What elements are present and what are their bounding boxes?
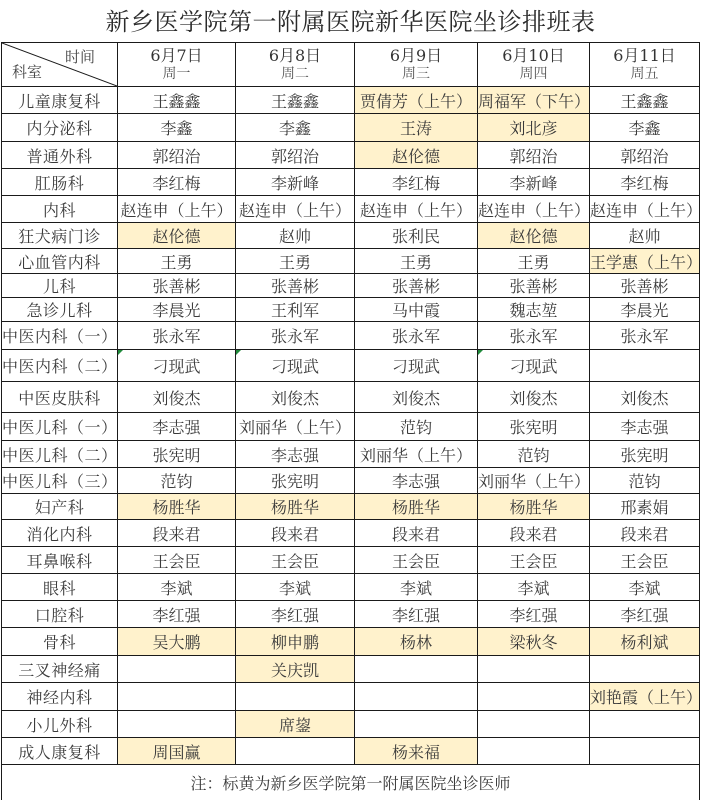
doctor-name: 李新峰: [271, 174, 319, 193]
doctor-name: 赵连申（上午）: [478, 201, 590, 220]
doctor-cell[interactable]: 李志强: [590, 413, 700, 441]
department-label: 普通外科: [2, 142, 118, 169]
doctor-cell[interactable]: 李鑫: [590, 114, 700, 142]
doctor-name: 张善彬: [271, 277, 319, 296]
doctor-name: 李志强: [620, 418, 668, 437]
doctor-name: 范钧: [400, 418, 432, 437]
doctor-cell[interactable]: 赵帅: [236, 223, 355, 249]
doctor-cell[interactable]: [118, 711, 236, 738]
doctor-name: 段来君: [509, 525, 557, 544]
doctor-name: 周福军（下午）: [478, 92, 590, 111]
doctor-name: 郭绍治: [620, 147, 668, 166]
table-row: 中医内科（一）张永军张永军张永军张永军张永军: [2, 322, 700, 350]
doctor-cell[interactable]: 刘丽华（上午）: [236, 413, 355, 441]
table-row: 成人康复科周国赢杨来福: [2, 738, 700, 765]
doctor-name: 张宪明: [509, 418, 557, 437]
doctor-cell[interactable]: [590, 656, 700, 683]
doctor-cell[interactable]: 魏志堃: [478, 298, 590, 322]
doctor-name: 刘俊杰: [509, 389, 557, 408]
doctor-name: 关庆凯: [271, 661, 319, 680]
doctor-cell[interactable]: 李红强: [118, 601, 236, 628]
doctor-name: 王鑫鑫: [271, 92, 319, 111]
doctor-name: 王勇: [160, 253, 192, 272]
doctor-name: 周国赢: [152, 743, 200, 762]
doctor-cell[interactable]: 刘俊杰: [590, 382, 700, 413]
doctor-name: 赵连申（上午）: [239, 201, 351, 220]
error-indicator-icon: [236, 350, 241, 355]
doctor-cell[interactable]: [478, 711, 590, 738]
schedule-table: 时间 科室 6月7日周一6月8日周二6月9日周三6月10日周四6月11日周五 儿…: [1, 42, 700, 800]
doctor-cell[interactable]: 范钧: [590, 468, 700, 494]
doctor-name: 赵连申（上午）: [590, 201, 700, 220]
doctor-name: 刁现武: [152, 357, 200, 376]
department-label: 中医内科（二）: [2, 350, 118, 382]
doctor-cell[interactable]: 王鑫鑫: [590, 87, 700, 114]
day-weekday: 周二: [236, 65, 354, 84]
doctor-cell[interactable]: 张利民: [355, 223, 478, 249]
doctor-cell[interactable]: 范钧: [118, 468, 236, 494]
doctor-cell[interactable]: 王利军: [236, 298, 355, 322]
doctor-name: 赵帅: [628, 227, 660, 246]
doctor-cell[interactable]: 张永军: [236, 322, 355, 350]
doctor-cell[interactable]: 李红梅: [355, 169, 478, 196]
doctor-name: 刘俊杰: [152, 389, 200, 408]
page-title: 新乡医学院第一附属医院新华医院坐诊排班表: [0, 0, 701, 42]
doctor-name: 段来君: [271, 525, 319, 544]
doctor-cell-highlighted[interactable]: 周国赢: [118, 738, 236, 765]
doctor-name: 王会臣: [152, 552, 200, 571]
doctor-cell[interactable]: [355, 656, 478, 683]
doctor-cell[interactable]: 李红强: [355, 601, 478, 628]
doctor-name: 王学惠（上午）: [590, 253, 700, 272]
doctor-name: 李鑫: [628, 119, 660, 138]
day-header-2: 6月8日周二: [236, 43, 355, 87]
day-weekday: 周一: [118, 65, 235, 84]
department-label: 中医儿科（三）: [2, 468, 118, 494]
doctor-cell[interactable]: 李斌: [355, 574, 478, 601]
day-date: 6月10日: [478, 46, 589, 65]
doctor-cell[interactable]: 张永军: [355, 322, 478, 350]
doctor-cell[interactable]: 张善彬: [236, 274, 355, 298]
table-row: 中医儿科（三）范钧张宪明李志强刘丽华（上午）范钧: [2, 468, 700, 494]
doctor-cell[interactable]: 赵连申（上午）: [236, 196, 355, 223]
doctor-name: 刁现武: [271, 357, 319, 376]
doctor-cell[interactable]: 李红强: [478, 601, 590, 628]
doctor-cell[interactable]: 张善彬: [355, 274, 478, 298]
doctor-cell[interactable]: 王会臣: [478, 547, 590, 574]
doctor-cell[interactable]: 张善彬: [118, 274, 236, 298]
doctor-cell[interactable]: 张永军: [590, 322, 700, 350]
doctor-name: 杨胜华: [509, 498, 557, 517]
doctor-cell[interactable]: 段来君: [236, 520, 355, 547]
doctor-name: 范钧: [517, 446, 549, 465]
doctor-name: 李斌: [400, 579, 432, 598]
doctor-name: 李斌: [160, 579, 192, 598]
doctor-cell-highlighted[interactable]: 杨胜华: [355, 494, 478, 520]
doctor-name: 郭绍治: [509, 147, 557, 166]
doctor-cell-highlighted[interactable]: 杨胜华: [478, 494, 590, 520]
doctor-cell[interactable]: 马中霞: [355, 298, 478, 322]
table-row: 普通外科郭绍治郭绍治赵伦德郭绍治郭绍治: [2, 142, 700, 169]
table-row: 中医皮肤科刘俊杰刘俊杰刘俊杰刘俊杰刘俊杰: [2, 382, 700, 413]
table-row: 肛肠科李红梅李新峰李红梅李新峰李红梅: [2, 169, 700, 196]
doctor-cell[interactable]: [118, 656, 236, 683]
header-row: 时间 科室 6月7日周一6月8日周二6月9日周三6月10日周四6月11日周五: [2, 43, 700, 87]
day-header-5: 6月11日周五: [590, 43, 700, 87]
doctor-cell-highlighted[interactable]: 席鋆: [236, 711, 355, 738]
doctor-cell[interactable]: 郭绍治: [478, 142, 590, 169]
doctor-name: 杨胜华: [392, 498, 440, 517]
doctor-cell[interactable]: 李斌: [118, 574, 236, 601]
doctor-cell[interactable]: 李志强: [236, 441, 355, 468]
table-row: 骨科吴大鹏柳申鹏杨林梁秋冬杨利斌: [2, 628, 700, 656]
doctor-name: 李斌: [279, 579, 311, 598]
doctor-cell[interactable]: 赵帅: [590, 223, 700, 249]
doctor-cell[interactable]: [355, 683, 478, 711]
doctor-name: 刁现武: [392, 357, 440, 376]
doctor-name: 李志强: [392, 472, 440, 491]
corner-label-department: 科室: [12, 61, 42, 82]
doctor-name: 刘俊杰: [271, 389, 319, 408]
department-label: 口腔科: [2, 601, 118, 628]
doctor-name: 张善彬: [392, 277, 440, 296]
doctor-name: 李鑫: [279, 119, 311, 138]
doctor-cell[interactable]: 张善彬: [590, 274, 700, 298]
doctor-name: 范钧: [628, 472, 660, 491]
doctor-cell[interactable]: 张善彬: [478, 274, 590, 298]
doctor-name: 杨胜华: [152, 498, 200, 517]
doctor-cell-highlighted[interactable]: 杨林: [355, 628, 478, 656]
doctor-name: 王勇: [279, 253, 311, 272]
doctor-name: 张永军: [271, 327, 319, 346]
doctor-cell-highlighted[interactable]: 关庆凯: [236, 656, 355, 683]
doctor-cell-highlighted[interactable]: 赵伦德: [118, 223, 236, 249]
doctor-cell[interactable]: 张宪明: [478, 413, 590, 441]
doctor-cell[interactable]: 李鑫: [236, 114, 355, 142]
doctor-name: 王鑫鑫: [620, 92, 668, 111]
doctor-name: 魏志堃: [509, 301, 557, 320]
doctor-name: 张宪明: [620, 446, 668, 465]
doctor-cell[interactable]: 刁现武: [478, 350, 590, 382]
department-label: 肛肠科: [2, 169, 118, 196]
table-row: 妇产科杨胜华杨胜华杨胜华杨胜华邢素娟: [2, 494, 700, 520]
doctor-name: 刘丽华（上午）: [478, 472, 590, 491]
doctor-name: 段来君: [620, 525, 668, 544]
doctor-cell[interactable]: 李红梅: [590, 169, 700, 196]
doctor-name: 刁现武: [509, 357, 557, 376]
doctor-name: 赵伦德: [509, 227, 557, 246]
department-label: 成人康复科: [2, 738, 118, 765]
department-label: 内科: [2, 196, 118, 223]
doctor-cell-highlighted[interactable]: 柳申鹏: [236, 628, 355, 656]
doctor-name: 王涛: [400, 119, 432, 138]
doctor-name: 王会臣: [271, 552, 319, 571]
doctor-cell[interactable]: 李斌: [590, 574, 700, 601]
day-header-3: 6月9日周三: [355, 43, 478, 87]
doctor-cell[interactable]: 刘俊杰: [236, 382, 355, 413]
doctor-name: 王利军: [271, 301, 319, 320]
doctor-cell[interactable]: 赵连申（上午）: [118, 196, 236, 223]
doctor-name: 李志强: [152, 418, 200, 437]
department-label: 儿童康复科: [2, 87, 118, 114]
doctor-cell[interactable]: 王勇: [478, 249, 590, 274]
doctor-name: 段来君: [152, 525, 200, 544]
table-row: 内科赵连申（上午）赵连申（上午）赵连申（上午）赵连申（上午）赵连申（上午）: [2, 196, 700, 223]
doctor-cell[interactable]: 李晨光: [590, 298, 700, 322]
doctor-cell[interactable]: 王鑫鑫: [236, 87, 355, 114]
doctor-cell[interactable]: 王会臣: [236, 547, 355, 574]
doctor-cell[interactable]: 李红强: [590, 601, 700, 628]
doctor-cell[interactable]: 李鑫: [118, 114, 236, 142]
doctor-cell[interactable]: 李红梅: [118, 169, 236, 196]
doctor-name: 张永军: [152, 327, 200, 346]
doctor-name: 赵伦德: [152, 227, 200, 246]
doctor-cell[interactable]: 刘丽华（上午）: [355, 441, 478, 468]
doctor-cell[interactable]: 郭绍治: [590, 142, 700, 169]
doctor-cell[interactable]: 郭绍治: [118, 142, 236, 169]
error-indicator-icon: [478, 350, 483, 355]
doctor-name: 李新峰: [509, 174, 557, 193]
table-row: 小儿外科席鋆: [2, 711, 700, 738]
doctor-cell[interactable]: [478, 683, 590, 711]
department-label: 耳鼻喉科: [2, 547, 118, 574]
department-label: 中医内科（一）: [2, 322, 118, 350]
doctor-name: 刘俊杰: [392, 389, 440, 408]
doctor-cell-highlighted[interactable]: 赵伦德: [355, 142, 478, 169]
doctor-cell[interactable]: 刘俊杰: [118, 382, 236, 413]
doctor-name: 杨胜华: [271, 498, 319, 517]
footnote: 注：标黄为新乡医学院第一附属医院坐诊医师: [2, 765, 700, 800]
doctor-name: 李晨光: [620, 301, 668, 320]
doctor-name: 郭绍治: [271, 147, 319, 166]
doctor-cell[interactable]: 赵连申（上午）: [478, 196, 590, 223]
doctor-cell-highlighted[interactable]: 赵伦德: [478, 223, 590, 249]
doctor-cell[interactable]: 李新峰: [236, 169, 355, 196]
doctor-name: 李红强: [392, 606, 440, 625]
doctor-name: 段来君: [392, 525, 440, 544]
doctor-cell-highlighted[interactable]: 吴大鹏: [118, 628, 236, 656]
doctor-cell-highlighted[interactable]: 杨来福: [355, 738, 478, 765]
error-indicator-icon: [118, 350, 123, 355]
doctor-cell[interactable]: 刁现武: [236, 350, 355, 382]
doctor-name: 李红梅: [152, 174, 200, 193]
doctor-cell[interactable]: 段来君: [590, 520, 700, 547]
department-label: 急诊儿科: [2, 298, 118, 322]
department-label: 中医儿科（一）: [2, 413, 118, 441]
department-label: 心血管内科: [2, 249, 118, 274]
doctor-cell-highlighted[interactable]: 周福军（下午）: [478, 87, 590, 114]
table-row: 神经内科刘艳霞（上午）: [2, 683, 700, 711]
doctor-cell[interactable]: 范钧: [355, 413, 478, 441]
doctor-name: 王会臣: [620, 552, 668, 571]
doctor-cell[interactable]: 邢素娟: [590, 494, 700, 520]
doctor-name: 张善彬: [152, 277, 200, 296]
doctor-name: 张永军: [509, 327, 557, 346]
doctor-name: 李斌: [517, 579, 549, 598]
doctor-name: 郭绍治: [152, 147, 200, 166]
table-row: 内分泌科李鑫李鑫王涛刘北彦李鑫: [2, 114, 700, 142]
day-date: 6月8日: [236, 46, 354, 65]
schedule-header: 时间 科室 6月7日周一6月8日周二6月9日周三6月10日周四6月11日周五: [2, 43, 700, 87]
doctor-name: 李红强: [152, 606, 200, 625]
doctor-cell-highlighted[interactable]: 贾倩芳（上午）: [355, 87, 478, 114]
doctor-cell[interactable]: 王勇: [236, 249, 355, 274]
doctor-name: 马中霞: [392, 301, 440, 320]
doctor-name: 杨林: [400, 633, 432, 652]
table-row: 心血管内科王勇王勇王勇王勇王学惠（上午）: [2, 249, 700, 274]
table-row: 耳鼻喉科王会臣王会臣王会臣王会臣王会臣: [2, 547, 700, 574]
doctor-cell[interactable]: [590, 711, 700, 738]
department-label: 妇产科: [2, 494, 118, 520]
doctor-cell-highlighted[interactable]: 王学惠（上午）: [590, 249, 700, 274]
doctor-cell[interactable]: [118, 683, 236, 711]
doctor-cell[interactable]: 王勇: [118, 249, 236, 274]
doctor-name: 刘丽华（上午）: [239, 418, 351, 437]
table-row: 狂犬病门诊赵伦德赵帅张利民赵伦德赵帅: [2, 223, 700, 249]
doctor-cell[interactable]: 李志强: [118, 413, 236, 441]
doctor-cell-highlighted[interactable]: 刘艳霞（上午）: [590, 683, 700, 711]
corner-label-time: 时间: [65, 46, 95, 67]
doctor-name: 赵连申（上午）: [360, 201, 472, 220]
doctor-cell[interactable]: 刁现武: [355, 350, 478, 382]
doctor-name: 杨来福: [392, 743, 440, 762]
department-label: 儿科: [2, 274, 118, 298]
doctor-cell[interactable]: 赵连申（上午）: [355, 196, 478, 223]
doctor-cell[interactable]: 刘丽华（上午）: [478, 468, 590, 494]
doctor-cell[interactable]: [478, 656, 590, 683]
doctor-cell-highlighted[interactable]: 梁秋冬: [478, 628, 590, 656]
doctor-cell[interactable]: 李新峰: [478, 169, 590, 196]
doctor-name: 刘丽华（上午）: [360, 446, 472, 465]
doctor-name: 张永军: [392, 327, 440, 346]
doctor-name: 李晨光: [152, 301, 200, 320]
day-header-4: 6月10日周四: [478, 43, 590, 87]
doctor-name: 李斌: [628, 579, 660, 598]
doctor-name: 张善彬: [620, 277, 668, 296]
doctor-cell[interactable]: 赵连申（上午）: [590, 196, 700, 223]
corner-header-cell: 时间 科室: [2, 43, 118, 87]
table-row: 中医儿科（二）张宪明李志强刘丽华（上午）范钧张宪明: [2, 441, 700, 468]
table-row: 消化内科段来君段来君段来君段来君段来君: [2, 520, 700, 547]
department-label: 中医儿科（二）: [2, 441, 118, 468]
department-label: 神经内科: [2, 683, 118, 711]
doctor-cell-highlighted[interactable]: 杨利斌: [590, 628, 700, 656]
doctor-cell[interactable]: 刁现武: [118, 350, 236, 382]
doctor-cell[interactable]: 郭绍治: [236, 142, 355, 169]
doctor-name: 王会臣: [509, 552, 557, 571]
doctor-cell[interactable]: 王会臣: [590, 547, 700, 574]
table-row: 急诊儿科李晨光王利军马中霞魏志堃李晨光: [2, 298, 700, 322]
doctor-name: 梁秋冬: [509, 633, 557, 652]
doctor-name: 范钧: [160, 472, 192, 491]
day-date: 6月11日: [590, 46, 699, 65]
doctor-cell[interactable]: [590, 738, 700, 765]
doctor-name: 李红强: [620, 606, 668, 625]
doctor-cell[interactable]: 王勇: [355, 249, 478, 274]
doctor-name: 杨利斌: [620, 633, 668, 652]
doctor-cell[interactable]: 王鑫鑫: [118, 87, 236, 114]
doctor-cell[interactable]: 李红强: [236, 601, 355, 628]
doctor-cell[interactable]: 刘俊杰: [355, 382, 478, 413]
table-row: 儿童康复科王鑫鑫王鑫鑫贾倩芳（上午）周福军（下午）王鑫鑫: [2, 87, 700, 114]
doctor-name: 张宪明: [271, 472, 319, 491]
doctor-name: 李志强: [271, 446, 319, 465]
department-label: 中医皮肤科: [2, 382, 118, 413]
doctor-name: 王勇: [400, 253, 432, 272]
doctor-name: 张宪明: [152, 446, 200, 465]
doctor-cell[interactable]: 王会臣: [355, 547, 478, 574]
schedule-body: 儿童康复科王鑫鑫王鑫鑫贾倩芳（上午）周福军（下午）王鑫鑫内分泌科李鑫李鑫王涛刘北…: [2, 87, 700, 765]
table-row: 中医内科（二）刁现武刁现武刁现武刁现武: [2, 350, 700, 382]
doctor-name: 刘北彦: [509, 119, 557, 138]
doctor-cell[interactable]: 张永军: [118, 322, 236, 350]
doctor-name: 王会臣: [392, 552, 440, 571]
doctor-cell[interactable]: 李志强: [355, 468, 478, 494]
doctor-cell-highlighted[interactable]: 杨胜华: [118, 494, 236, 520]
table-row: 儿科张善彬张善彬张善彬张善彬张善彬: [2, 274, 700, 298]
doctor-cell[interactable]: 李斌: [236, 574, 355, 601]
department-label: 狂犬病门诊: [2, 223, 118, 249]
doctor-name: 邢素娟: [620, 498, 668, 517]
day-date: 6月9日: [355, 46, 477, 65]
department-label: 眼科: [2, 574, 118, 601]
schedule-footer: 注：标黄为新乡医学院第一附属医院坐诊医师: [2, 765, 700, 800]
day-date: 6月7日: [118, 46, 235, 65]
doctor-cell[interactable]: [236, 738, 355, 765]
department-label: 内分泌科: [2, 114, 118, 142]
doctor-name: 李鑫: [160, 119, 192, 138]
doctor-name: 刘艳霞（上午）: [590, 688, 700, 707]
doctor-name: 赵伦德: [392, 147, 440, 166]
day-weekday: 周四: [478, 65, 589, 84]
table-row: 中医儿科（一）李志强刘丽华（上午）范钧张宪明李志强: [2, 413, 700, 441]
doctor-cell[interactable]: [236, 683, 355, 711]
table-row: 眼科李斌李斌李斌李斌李斌: [2, 574, 700, 601]
doctor-name: 张永军: [620, 327, 668, 346]
doctor-cell[interactable]: 段来君: [478, 520, 590, 547]
doctor-name: 贾倩芳（上午）: [360, 92, 472, 111]
department-label: 三叉神经痛: [2, 656, 118, 683]
doctor-name: 刘俊杰: [620, 389, 668, 408]
doctor-name: 张利民: [392, 227, 440, 246]
doctor-cell[interactable]: 范钧: [478, 441, 590, 468]
doctor-cell[interactable]: 刘俊杰: [478, 382, 590, 413]
doctor-cell-highlighted[interactable]: 刘北彦: [478, 114, 590, 142]
doctor-name: 李红梅: [620, 174, 668, 193]
doctor-cell[interactable]: 段来君: [118, 520, 236, 547]
doctor-cell[interactable]: 张宪明: [118, 441, 236, 468]
doctor-cell[interactable]: [355, 711, 478, 738]
doctor-cell-highlighted[interactable]: 王涛: [355, 114, 478, 142]
doctor-cell[interactable]: [590, 350, 700, 382]
doctor-cell[interactable]: 张宪明: [590, 441, 700, 468]
doctor-cell[interactable]: 张宪明: [236, 468, 355, 494]
doctor-cell[interactable]: 王会臣: [118, 547, 236, 574]
doctor-name: 王勇: [517, 253, 549, 272]
doctor-name: 席鋆: [279, 716, 311, 735]
doctor-cell[interactable]: 段来君: [355, 520, 478, 547]
doctor-cell[interactable]: 李斌: [478, 574, 590, 601]
day-weekday: 周三: [355, 65, 477, 84]
doctor-cell[interactable]: [478, 738, 590, 765]
doctor-cell[interactable]: 李晨光: [118, 298, 236, 322]
doctor-cell-highlighted[interactable]: 杨胜华: [236, 494, 355, 520]
note-row: 注：标黄为新乡医学院第一附属医院坐诊医师: [2, 765, 700, 800]
doctor-name: 吴大鹏: [152, 633, 200, 652]
day-header-1: 6月7日周一: [118, 43, 236, 87]
doctor-cell[interactable]: 张永军: [478, 322, 590, 350]
doctor-name: 李红强: [271, 606, 319, 625]
